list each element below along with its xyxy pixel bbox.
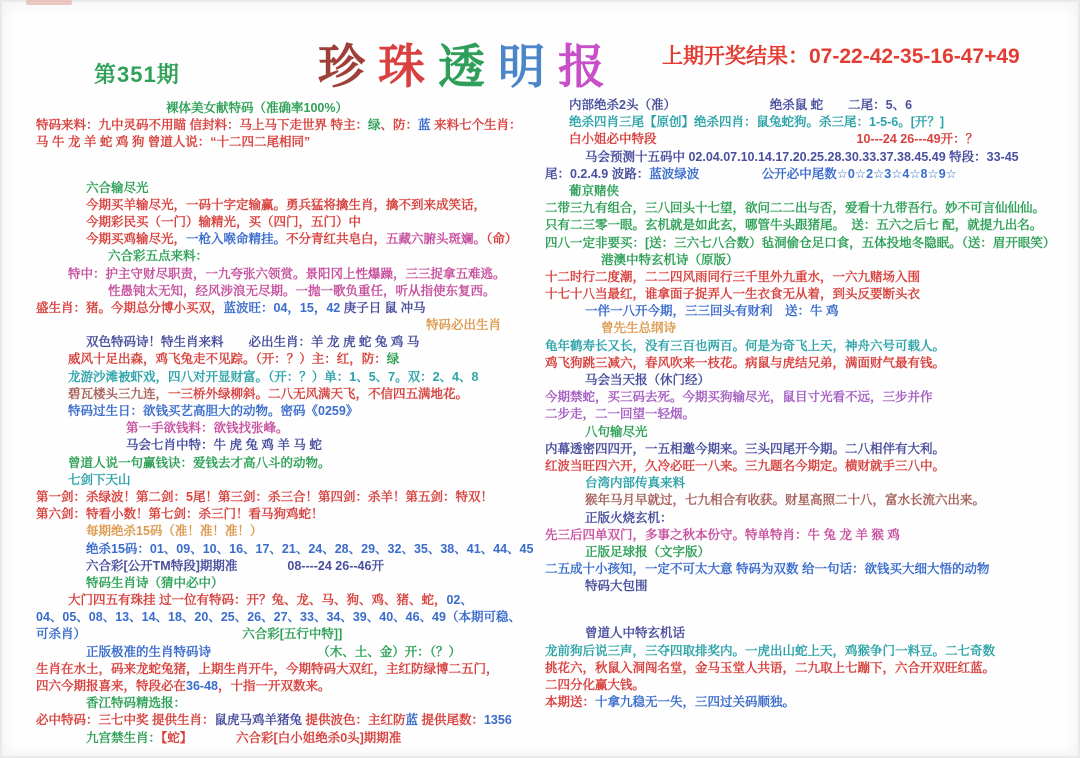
- text-segment: 来料七个生肖：: [431, 118, 522, 132]
- text-line: 红波当旺四六开，久冷必旺一八来。三九题名今期定。横财就手三八中。: [545, 458, 1077, 475]
- text-segment: 绝杀四肖三尾【原创】绝杀四肖：: [569, 115, 757, 129]
- text-segment: 绝杀15码：01、09、10、16、17、21、24、28、29、32、35、3…: [86, 542, 533, 556]
- title-char: 珍: [318, 42, 378, 94]
- text-segment: 第一手欲钱料：欲钱找张峰。: [126, 421, 289, 435]
- text-line: 裸体美女献特码（准确率100%）: [36, 100, 541, 117]
- text-line: 马会当天报（休门经）: [545, 372, 1077, 389]
- text-segment: 红波当旺四六开，久冷必旺一八来。三九题名今期定。横财就手三八中。: [545, 459, 945, 473]
- text-segment: 裸体美女献特码（准确率100%）: [166, 101, 348, 115]
- text-line: 生肖在水土，码来龙蛇兔猪，上期生肖开牛，今期特码大双红，主红防绿博二五门，: [36, 661, 541, 678]
- text-segment: 公开必中尾数☆0☆2☆3☆4☆8☆9☆: [699, 167, 957, 181]
- spacer: [545, 595, 1077, 625]
- text-segment: 今期禁蛇，买三码去死。今期买狗输尽光，鼠目寸光看不远，三步并作: [545, 390, 933, 404]
- text-line: 碧瓦楼头三九连，一三桥外绿柳斜。二八无风满天飞，不信四五满地花。: [36, 386, 541, 403]
- text-line: 大门四五有珠挂 过一位有特码：开？兔、龙、马、狗、鸡、猪、蛇，02、: [36, 592, 541, 609]
- text-line: 曾先生总纲诗: [545, 320, 1077, 337]
- text-segment: 尾：0.2.4.9 波路：: [545, 167, 649, 181]
- text-segment: 二五成十小孩知，一定不可太大意 特码为双数 给一句话：欲钱买大细大悟的动物: [545, 562, 989, 576]
- text-segment: 白小姐必中特段: [569, 132, 657, 146]
- text-segment: 马会预测十五码中 02.04.07.10.14.17.20.25.28.30.3…: [585, 150, 1019, 164]
- text-line: 正版足球报（文字版）: [545, 544, 1077, 561]
- text-segment: 八句输尽光: [585, 425, 648, 439]
- text-segment: （命）: [486, 232, 517, 246]
- text-line: 先三后四单双门，多事之秋本份守。特单特肖：牛 兔 龙 羊 猴 鸡: [545, 527, 1077, 544]
- text-line: 二带三九有组合，三八回头十七望，欲问二二出与否，爱看十九带吾行。妙不可言仙仙仙。: [545, 200, 1077, 217]
- text-line: 本期送：十拿九稳无一失，三四过关码顺独。: [545, 694, 1077, 711]
- text-segment: 马 牛 龙 羊 蛇 鸡 狗 曾道人说：“十二四二尾相同”: [36, 135, 310, 149]
- text-line: 二四分化赢大钱。: [545, 677, 1077, 694]
- text-segment: 1356: [484, 713, 512, 727]
- right-column: 内部绝杀2头（准） 绝杀鼠 蛇 二尾：5、6绝杀四肖三尾【原创】绝杀四肖：鼠兔蛇…: [545, 97, 1077, 711]
- text-line: 双色特码诗！特生肖来料 必出生肖：羊 龙 虎 蛇 兔 鸡 马: [36, 334, 541, 351]
- text-line: 台湾内部传真来料: [545, 475, 1077, 492]
- text-segment: 一三桥外绿柳斜。二八无风满天飞，不信四五满地花。: [168, 387, 468, 401]
- text-segment: 一伴一八开今期，三三回头有财利 送：牛 鸡: [585, 304, 838, 318]
- text-segment: 特码大包围: [585, 579, 648, 593]
- text-segment: （木、土、金）开：（？）: [211, 645, 461, 659]
- text-line: 特码大包围: [545, 578, 1077, 595]
- text-line: 只有二三零一眼。玄机就是如此玄，哪管牛头跟猪尾。 送：五六之后七 配，就提九出名…: [545, 217, 1077, 234]
- text-line: 白小姐必中特段 10---24 26---49开：？: [545, 131, 1077, 148]
- text-segment: 特码必出生肖: [426, 318, 501, 332]
- text-segment: 一枪入喉命精挂。: [186, 232, 286, 246]
- text-segment: 性愚钝太无知，经风涉浪无尽期。一抛一歌负重任，听从指使东复西。: [108, 284, 496, 298]
- text-segment: 提供尾数：: [418, 713, 484, 727]
- text-segment: 二步走，二一回望一轻烟。: [545, 407, 695, 421]
- text-segment: 曾道人中特玄机话: [585, 626, 685, 640]
- text-line: 二五成十小孩知，一定不可太大意 特码为双数 给一句话：欲钱买大细大悟的动物: [545, 561, 1077, 578]
- text-line: 绝杀四肖三尾【原创】绝杀四肖：鼠兔蛇狗。杀三尾：1-5-6。[开？]: [545, 114, 1077, 131]
- text-segment: 葡京赌侠: [569, 184, 619, 198]
- text-segment: 九宫禁生肖：: [86, 731, 161, 745]
- text-line: 绝杀15码：01、09、10、16、17、21、24、28、29、32、35、3…: [36, 541, 541, 558]
- text-segment: 蓝波绿波: [649, 167, 699, 181]
- text-segment: 10---24 26---49开：？: [657, 132, 979, 146]
- text-line: 盛生肖：猪。今期总分博小买双，蓝波旺：04，15，42 庚子日 鼠 冲马: [36, 300, 541, 317]
- text-line: 04、05、08、13、14、18、20、25、26、27、33、34、39、4…: [36, 609, 541, 626]
- text-line: 每期绝杀15码（准！准！准！）: [36, 523, 541, 540]
- newspaper-title: 珍珠透明报: [318, 30, 668, 97]
- text-segment: 只有二三零一眼。玄机就是如此玄，哪管牛头跟猪尾。 送：五六之后七 配，就提九出名…: [545, 218, 1042, 232]
- text-line: 正版火烧玄机：: [545, 510, 1077, 527]
- text-segment: 今期买鸡输尽光，: [86, 232, 186, 246]
- text-segment: 十二时行二度潮，二二四风雨同行三千里外九重水，一六九赌场入围: [545, 270, 920, 284]
- text-segment: 04、05、08、13、14、18、20、25、26、27、33、34、39、4…: [36, 610, 521, 624]
- text-line: 十二时行二度潮，二二四风雨同行三千里外九重水，一六九赌场入围: [545, 269, 1077, 286]
- text-line: 马 牛 龙 羊 蛇 鸡 狗 曾道人说：“十二四二尾相同”: [36, 134, 541, 151]
- title-char: 明: [498, 42, 558, 94]
- text-segment: 大门四五有珠挂 过一位有特码：开？兔、龙、马、狗、鸡、猪、蛇，: [68, 593, 446, 607]
- text-line: 可杀肖） 六合彩[五行中特]]: [36, 626, 541, 643]
- text-line: 第一手欲钱料：欲钱找张峰。: [36, 420, 541, 437]
- corner-smudge-mark: [26, 0, 72, 5]
- left-column: 裸体美女献特码（准确率100%）特码来料：九中灵码不用瞄 信封料：马上马下走世界…: [36, 100, 541, 747]
- text-segment: 绿: [368, 118, 381, 132]
- text-segment: 今期彩民买（一门）输精光，买（四门，五门）中: [86, 215, 361, 229]
- text-segment: 今期买羊输尽光，一码十字定输赢。勇兵猛将擒生肖，擒不到来成笑话，: [86, 198, 486, 212]
- text-segment: 特码生肖诗（猜中必中）: [86, 576, 224, 590]
- text-segment: 曾道人说一句赢钱诀：爱钱去才高八斗的动物。: [68, 456, 331, 470]
- text-line: 挑花六，秋鼠入洞闯名堂，金马玉堂人共语，二九取上七蹦下，六合开双旺红蓝。: [545, 660, 1077, 677]
- text-segment: 绿: [387, 352, 400, 366]
- text-line: 一伴一八开今期，三三回头有财利 送：牛 鸡: [545, 303, 1077, 320]
- text-segment: 碧瓦楼头三九连，: [68, 387, 168, 401]
- text-segment: 内部绝杀2头（准） 绝杀鼠 蛇 二尾：5、6: [569, 98, 912, 112]
- text-segment: 、防：: [380, 118, 418, 132]
- text-segment: 必中特码：三七中奖 提供生肖：: [36, 713, 214, 727]
- text-line: 今期买羊输尽光，一码十字定输赢。勇兵猛将擒生肖，擒不到来成笑话，: [36, 197, 541, 214]
- text-segment: 十拿九稳无一失，三四过关码顺独。: [595, 695, 795, 709]
- text-line: 龟年鹤寿长又长，没有三百也两百。何是为奇飞上天，神舟六号可载人。: [545, 338, 1077, 355]
- text-segment: 鸡飞狗跳三减六，春风吹来一枝花。病鼠与虎结兄弟，满面财气最有钱。: [545, 356, 945, 370]
- text-line: 今期彩民买（一门）输精光，买（四门，五门）中: [36, 214, 541, 231]
- text-segment: 六合彩[公开TM特段]期期准 08----24 26--46开: [86, 559, 384, 573]
- text-segment: 庚子日 鼠 冲马: [344, 301, 426, 315]
- text-segment: 马会当天报（休门经）: [585, 373, 710, 387]
- text-segment: 蓝: [418, 118, 431, 132]
- text-segment: 内幕透密四四开，一五相邀今期来。三头四尾开今期。二八相伴有大利。: [545, 442, 945, 456]
- last-draw-result: 上期开奖结果：07-22-42-35-16-47+49: [662, 40, 1020, 70]
- text-segment: 生肖在水土，码来龙蛇兔猪，上期生肖开牛，今期特码大双红，主红防绿博二五门，: [36, 662, 499, 676]
- text-segment: 先三后四单双门，多事之秋本份守。特单特肖：牛 兔 龙 羊 猴 鸡: [545, 528, 900, 542]
- text-line: 内部绝杀2头（准） 绝杀鼠 蛇 二尾：5、6: [545, 97, 1077, 114]
- text-line: 曾道人说一句赢钱诀：爱钱去才高八斗的动物。: [36, 455, 541, 472]
- text-line: 内幕透密四四开，一五相邀今期来。三头四尾开今期。二八相伴有大利。: [545, 441, 1077, 458]
- text-segment: 二带三九有组合，三八回头十七望，欲问二二出与否，爱看十九带吾行。妙不可言仙仙仙。: [545, 201, 1045, 215]
- text-line: 今期禁蛇，买三码去死。今期买狗输尽光，鼠目寸光看不远，三步并作: [545, 389, 1077, 406]
- text-segment: 每期绝杀15码（准！准！准！）: [86, 524, 262, 538]
- text-segment: 盛生肖：猪。今期总分博小买双，: [36, 301, 224, 315]
- text-segment: 正版极准的生肖特码诗: [86, 645, 211, 659]
- text-segment: 六合彩五点来料：: [108, 249, 208, 263]
- title-char: 报: [558, 42, 618, 94]
- text-segment: 港澳中特玄机诗（原版）: [601, 253, 739, 267]
- text-segment: 蓝: [405, 713, 418, 727]
- text-segment: 七剑下天山: [68, 473, 131, 487]
- text-line: 六合彩[公开TM特段]期期准 08----24 26--46开: [36, 558, 541, 575]
- issue-number: 第351期: [94, 58, 180, 89]
- text-line: 十七十八当最红，谁拿面子捉弄人一生衣食无从着，到头反要断头衣: [545, 286, 1077, 303]
- text-segment: 提供波色：主红防: [302, 713, 405, 727]
- text-segment: 鼠兔蛇狗: [757, 115, 807, 129]
- text-segment: 四六今期报喜来，特段必在: [36, 679, 186, 693]
- text-line: 马会七肖中特：牛 虎 兔 鸡 羊 马 蛇: [36, 437, 541, 454]
- text-segment: 四八一定非要买：[送：三六七八合数）毡洞偷仓足口食，五体投地冬隐眠。（送：眉开眼…: [545, 236, 1055, 250]
- text-line: 七剑下天山: [36, 472, 541, 489]
- text-segment: 正版足球报（文字版）: [585, 545, 710, 559]
- text-line: 威风十足出森，鸡飞兔走不见踪。（开：？）主：红，防：绿: [36, 351, 541, 368]
- title-char: 珠: [378, 42, 438, 94]
- text-line: 龙前狗后说三声，三夺四取排奖内。一虎出山蛇上天，鸡猴争门一料豆。二七奇数: [545, 643, 1077, 660]
- text-segment: 36-48: [186, 679, 218, 693]
- text-segment: 龙前狗后说三声，三夺四取排奖内。一虎出山蛇上天，鸡猴争门一料豆。二七奇数: [545, 644, 995, 658]
- text-segment: ，十指一开双数来。: [218, 679, 331, 693]
- text-line: 二步走，二一回望一轻烟。: [545, 406, 1077, 423]
- text-segment: 双色特码诗！特生肖来料 必出生肖：羊 龙 虎 蛇 兔 鸡 马: [86, 335, 419, 349]
- text-segment: 特中：护主守财尽职责，一九夸张六领赏。景阳冈上性爆躁，三三捉拿五难逃。: [68, 267, 506, 281]
- text-line: 尾：0.2.4.9 波路：蓝波绿波 公开必中尾数☆0☆2☆3☆4☆8☆9☆: [545, 166, 1077, 183]
- text-segment: 02、: [446, 593, 472, 607]
- text-line: 九宫禁生肖：【蛇】 六合彩[白小姐绝杀0头]期期准: [36, 730, 541, 747]
- text-segment: 。杀三尾：1-5-6。[开？]: [807, 115, 945, 129]
- text-segment: 猴年马月早就过，七九相合有收获。财星高照二十八，富水长流六出来。: [585, 493, 985, 507]
- text-segment: 本期送：: [545, 695, 595, 709]
- text-segment: 六合输尽光: [86, 181, 149, 195]
- text-line: 八句输尽光: [545, 424, 1077, 441]
- text-segment: 挑花六，秋鼠入洞闯名堂，金马玉堂人共语，二九取上七蹦下，六合开双旺红蓝。: [545, 661, 995, 675]
- text-segment: 第六剑：特看小数！第七剑：杀三门！看马狗鸡蛇！: [36, 507, 324, 521]
- text-segment: 正版火烧玄机：: [585, 511, 673, 525]
- text-segment: 特码过生日：欲钱买艺高胆大的动物。密码《0259》: [68, 404, 358, 418]
- text-line: 香江特码精选报：: [36, 695, 541, 712]
- text-segment: 不分青红共皂白，: [286, 232, 386, 246]
- text-line: 必中特码：三七中奖 提供生肖：鼠虎马鸡羊猪兔 提供波色：主红防蓝 提供尾数：13…: [36, 712, 541, 729]
- text-line: 猴年马月早就过，七九相合有收获。财星高照二十八，富水长流六出来。: [545, 492, 1077, 509]
- text-line: 港澳中特玄机诗（原版）: [545, 252, 1077, 269]
- text-line: 六合彩五点来料：: [36, 248, 541, 265]
- text-segment: 可杀肖）: [36, 627, 80, 641]
- text-segment: 台湾内部传真来料: [585, 476, 685, 490]
- text-line: 鸡飞狗跳三减六，春风吹来一枝花。病鼠与虎结兄弟，满面财气最有钱。: [545, 355, 1077, 372]
- text-segment: 特码来料：九中灵码不用瞄 信封料：马上马下走世界 特主：: [36, 118, 368, 132]
- newspaper-page: 第351期 珍珠透明报 上期开奖结果：07-22-42-35-16-47+49 …: [0, 0, 1080, 758]
- text-line: 正版极准的生肖特码诗 （木、土、金）开：（？）: [36, 644, 541, 661]
- text-line: 四六今期报喜来，特段必在36-48，十指一开双数来。: [36, 678, 541, 695]
- text-line: 特中：护主守财尽职责，一九夸张六领赏。景阳冈上性爆躁，三三捉拿五难逃。: [36, 266, 541, 283]
- text-segment: 六合彩[五行中特]]: [80, 627, 343, 641]
- text-line: 龙游沙滩被虾戏，四八对开显财富。（开：？）单：1、5、7。双：2、4、8: [36, 369, 541, 386]
- text-line: 特码生肖诗（猜中必中）: [36, 575, 541, 592]
- text-line: 六合输尽光: [36, 180, 541, 197]
- spacer: [36, 152, 541, 180]
- text-segment: 香江特码精选报：: [86, 696, 186, 710]
- text-line: 葡京赌侠: [545, 183, 1077, 200]
- text-segment: 马会七肖中特：牛 虎 兔 鸡 羊 马 蛇: [126, 438, 322, 452]
- text-segment: 六合彩[白小姐绝杀0头]期期准: [186, 731, 401, 745]
- text-segment: 【蛇】: [161, 731, 186, 745]
- text-segment: 曾先生总纲诗: [601, 321, 676, 335]
- text-segment: 第一剑：杀绿波！第二剑：5尾！第三剑：杀三合！第四剑：杀羊！第五剑：特双！: [36, 490, 493, 504]
- text-line: 特码过生日：欲钱买艺高胆大的动物。密码《0259》: [36, 403, 541, 420]
- text-segment: 蓝波旺：04，15，42: [224, 301, 344, 315]
- text-line: 今期买鸡输尽光，一枪入喉命精挂。不分青红共皂白，五藏六腑头斑斓。（命）: [36, 231, 541, 248]
- text-line: 马会预测十五码中 02.04.07.10.14.17.20.25.28.30.3…: [545, 149, 1077, 166]
- text-segment: 鼠虎马鸡羊猪兔: [214, 713, 302, 727]
- title-char: 透: [438, 42, 498, 94]
- text-segment: 五藏六腑头斑斓。: [386, 232, 486, 246]
- text-line: 第一剑：杀绿波！第二剑：5尾！第三剑：杀三合！第四剑：杀羊！第五剑：特双！: [36, 489, 541, 506]
- text-line: 曾道人中特玄机话: [545, 625, 1077, 642]
- text-line: 第六剑：特看小数！第七剑：杀三门！看马狗鸡蛇！: [36, 506, 541, 523]
- text-segment: 威风十足出森，鸡飞兔走不见踪。（开：？）主：红，防：: [68, 352, 387, 366]
- text-segment: 龟年鹤寿长又长，没有三百也两百。何是为奇飞上天，神舟六号可载人。: [545, 339, 945, 353]
- text-line: 特码必出生肖: [36, 317, 541, 334]
- text-line: 特码来料：九中灵码不用瞄 信封料：马上马下走世界 特主：绿、防：蓝 来料七个生肖…: [36, 117, 541, 134]
- text-line: 性愚钝太无知，经风涉浪无尽期。一抛一歌负重任，听从指使东复西。: [36, 283, 541, 300]
- text-segment: 十七十八当最红，谁拿面子捉弄人一生衣食无从着，到头反要断头衣: [545, 287, 920, 301]
- text-segment: 龙游沙滩被虾戏，四八对开显财富。（开：？）单：1、5、7。双：2、4、8: [68, 370, 478, 384]
- text-line: 四八一定非要买：[送：三六七八合数）毡洞偷仓足口食，五体投地冬隐眠。（送：眉开眼…: [545, 235, 1077, 252]
- text-segment: 二四分化赢大钱。: [545, 678, 645, 692]
